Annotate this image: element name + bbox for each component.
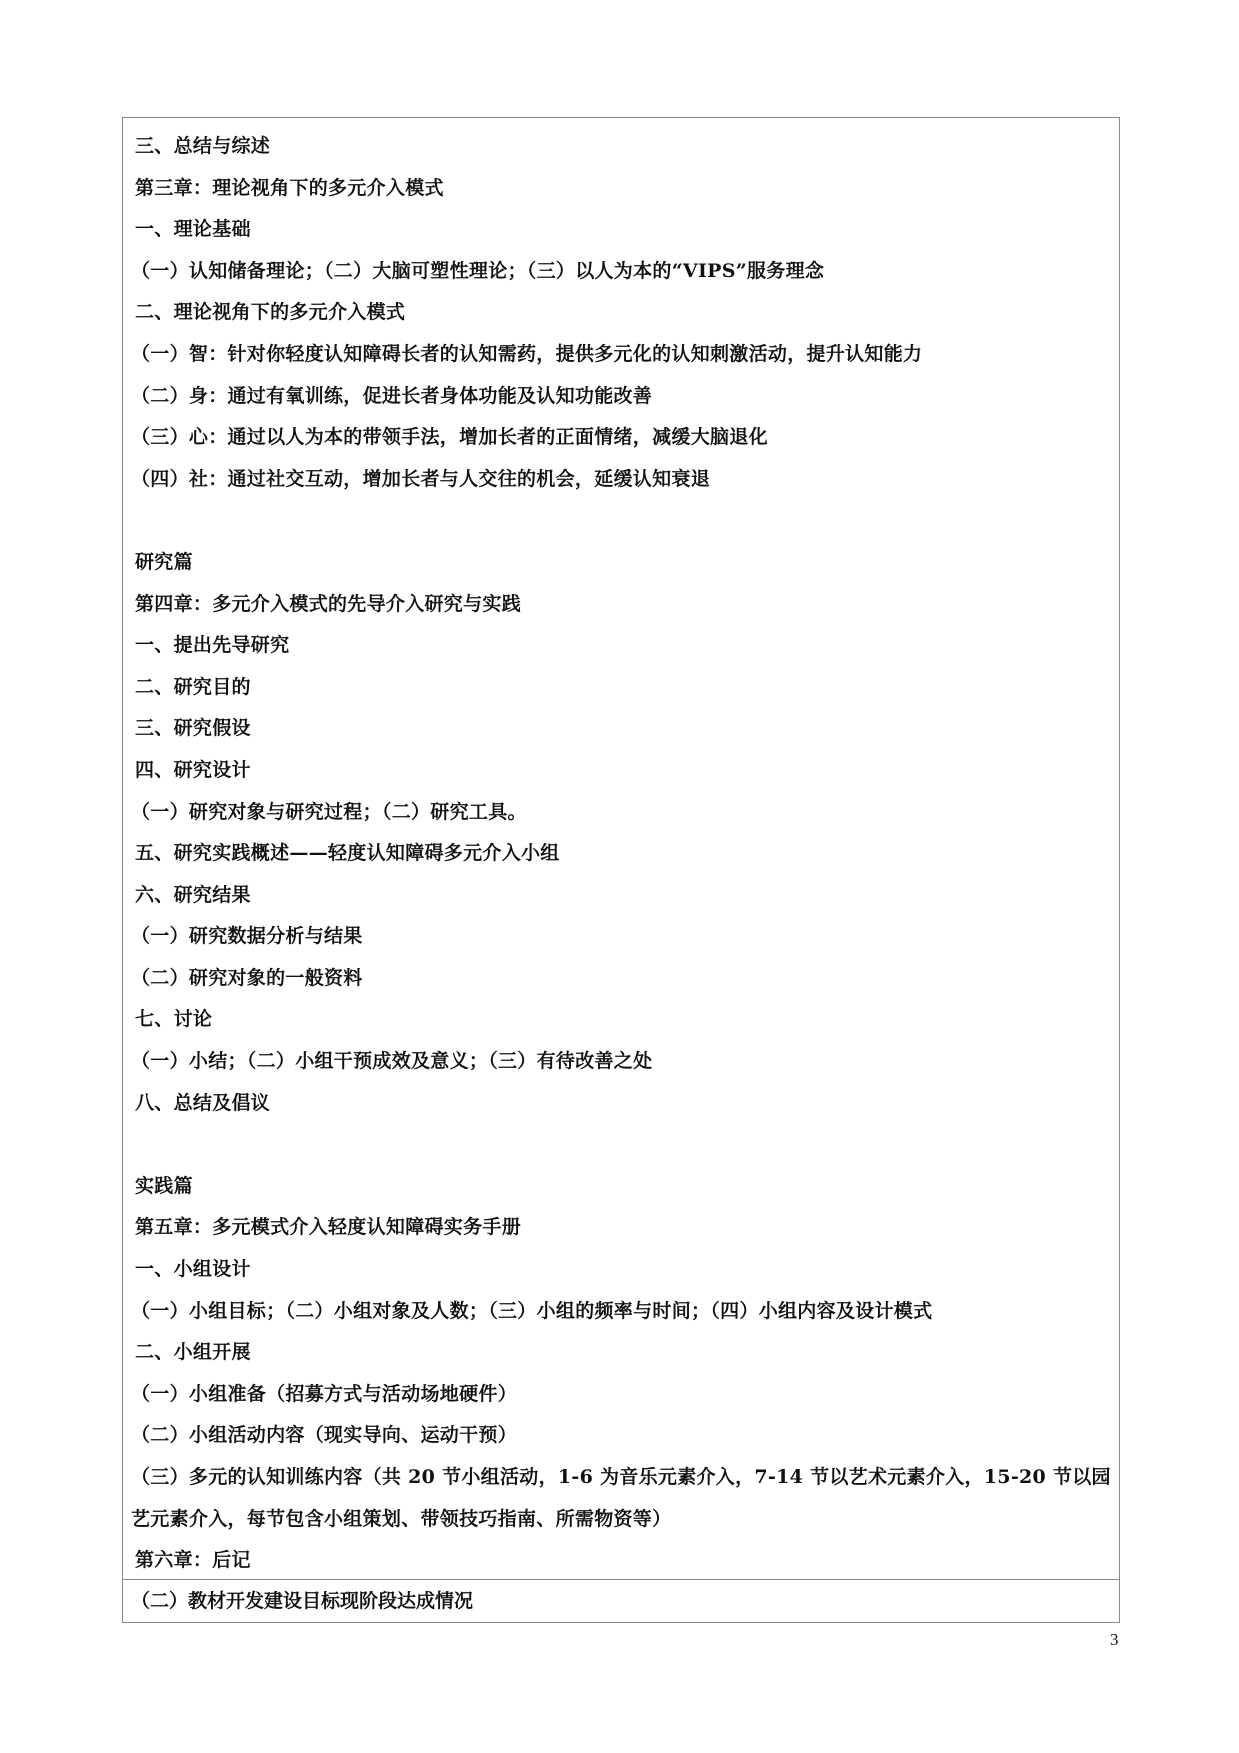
subsection-paragraph: （三）多元的认知训练内容（共 20 节小组活动，1-6 为音乐元素介入，7-14… <box>131 1457 1119 1540</box>
subsection-line: （一）认知储备理论；（二）大脑可塑性理论；（三）以人为本的“VIPS”服务理念 <box>131 251 1119 293</box>
chapter-heading: 第四章：多元介入模式的先导介入研究与实践 <box>135 584 1119 626</box>
section-heading: 六、研究结果 <box>135 875 1119 917</box>
subsection-line: （一）小结；（二）小组干预成效及意义；（三）有待改善之处 <box>131 1041 1119 1083</box>
document-table: 三、总结与综述 第三章：理论视角下的多元介入模式 一、理论基础 （一）认知储备理… <box>122 117 1120 1623</box>
section-heading: 一、理论基础 <box>135 209 1119 251</box>
section-heading: 一、小组设计 <box>135 1249 1119 1291</box>
chapter-heading: 第三章：理论视角下的多元介入模式 <box>135 168 1119 210</box>
chapter-heading: 第六章：后记 <box>135 1540 1119 1582</box>
subsection-line: （三）心：通过以人为本的带领手法，增加长者的正面情绪，减缓大脑退化 <box>131 417 1119 459</box>
chapter-heading: 第五章：多元模式介入轻度认知障碍实务手册 <box>135 1207 1119 1249</box>
section-heading: 四、研究设计 <box>135 750 1119 792</box>
table-cell-contents: 三、总结与综述 第三章：理论视角下的多元介入模式 一、理论基础 （一）认知储备理… <box>123 118 1119 1579</box>
table-row-achievement: （二）教材开发建设目标现阶段达成情况 <box>123 1579 1119 1622</box>
blank-line <box>135 500 1119 542</box>
section-heading: 七、讨论 <box>135 999 1119 1041</box>
subsection-line: （二）研究对象的一般资料 <box>131 958 1119 1000</box>
section-heading: 二、理论视角下的多元介入模式 <box>135 292 1119 334</box>
subsection-line: （四）社：通过社交互动，增加长者与人交往的机会，延缓认知衰退 <box>131 459 1119 501</box>
subsection-line: （二）小组活动内容（现实导向、运动干预） <box>131 1415 1119 1457</box>
section-heading: 八、总结及倡议 <box>135 1083 1119 1125</box>
part-heading-practice: 实践篇 <box>135 1166 1119 1208</box>
section-heading: 三、总结与综述 <box>135 126 1119 168</box>
page-number: 3 <box>1110 1630 1119 1650</box>
blank-line <box>135 1124 1119 1166</box>
section-heading: 一、提出先导研究 <box>135 625 1119 667</box>
subsection-line: （一）小组准备（招募方式与活动场地硬件） <box>131 1374 1119 1416</box>
section-heading: 二、研究目的 <box>135 667 1119 709</box>
section-heading: 三、研究假设 <box>135 708 1119 750</box>
subsection-line: （一）研究数据分析与结果 <box>131 916 1119 958</box>
achievement-heading: （二）教材开发建设目标现阶段达成情况 <box>131 1586 1119 1616</box>
section-heading: 二、小组开展 <box>135 1332 1119 1374</box>
section-heading: 五、研究实践概述——轻度认知障碍多元介入小组 <box>135 833 1119 875</box>
part-heading-research: 研究篇 <box>135 542 1119 584</box>
subsection-line: （一）智：针对你轻度认知障碍长者的认知需药，提供多元化的认知刺激活动，提升认知能… <box>131 334 1119 376</box>
subsection-line: （一）小组目标；（二）小组对象及人数；（三）小组的频率与时间；（四）小组内容及设… <box>131 1291 1119 1333</box>
subsection-line: （二）身：通过有氧训练，促进长者身体功能及认知功能改善 <box>131 376 1119 418</box>
subsection-line: （一）研究对象与研究过程；（二）研究工具。 <box>131 792 1119 834</box>
